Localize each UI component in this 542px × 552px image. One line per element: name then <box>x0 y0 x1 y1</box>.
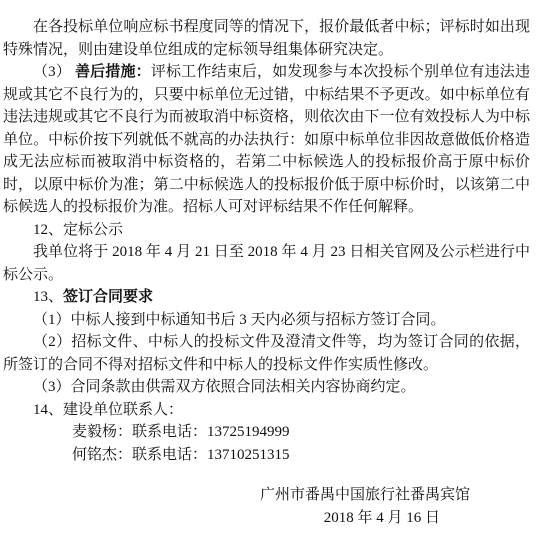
item3-title: 善后措施： <box>75 63 151 80</box>
contact-line-2: 何铭杰：联系电话：13710251315 <box>3 444 530 467</box>
paragraph-publicity-period: 我单位将于 2018 年 4 月 21 日至 2018 年 4 月 23 日相关… <box>3 241 530 286</box>
item3-number: （3） <box>33 64 75 80</box>
heading-section-12: 12、定标公示 <box>3 219 530 242</box>
paragraph-13-3-contract-terms: （3）合同条款由供需双方依照合同法相关内容协商约定。 <box>3 376 530 399</box>
paragraph-13-2-contract-basis: （2）招标文件、中标人的投标文件及澄清文件等，均为签订合同的依据，所签订的合同不… <box>3 331 530 376</box>
signature-date: 2018 年 4 月 16 日 <box>3 507 530 530</box>
document-page: 在各投标单位响应标书程度同等的情况下，报价最低者中标；评标时如出现特殊情况，则由… <box>0 0 542 552</box>
contact-line-1: 麦毅杨：联系电话：13725194999 <box>3 421 530 444</box>
paragraph-item3-follow-up-measures: （3） 善后措施：评标工作结束后，如发现参与本次投标个别单位有违法违规或其它不良… <box>3 61 530 219</box>
section-13-number: 13、 <box>33 289 63 305</box>
heading-section-13: 13、签订合同要求 <box>3 286 530 309</box>
paragraph-award-rule: 在各投标单位响应标书程度同等的情况下，报价最低者中标；评标时如出现特殊情况，则由… <box>3 16 530 61</box>
signature-organization: 广州市番禺中国旅行社番禺宾馆 <box>3 484 530 507</box>
signature-block: 广州市番禺中国旅行社番禺宾馆 2018 年 4 月 16 日 <box>3 484 530 529</box>
paragraph-13-1-contract-signing-deadline: （1）中标人接到中标通知书后 3 天内必须与招标方签订合同。 <box>3 309 530 332</box>
heading-section-14-contacts: 14、建设单位联系人： <box>3 399 530 422</box>
item3-body: 评标工作结束后，如发现参与本次投标个别单位有违法违规或其它不良行为的，只要中标单… <box>3 64 530 215</box>
section-13-title: 签订合同要求 <box>63 288 153 305</box>
